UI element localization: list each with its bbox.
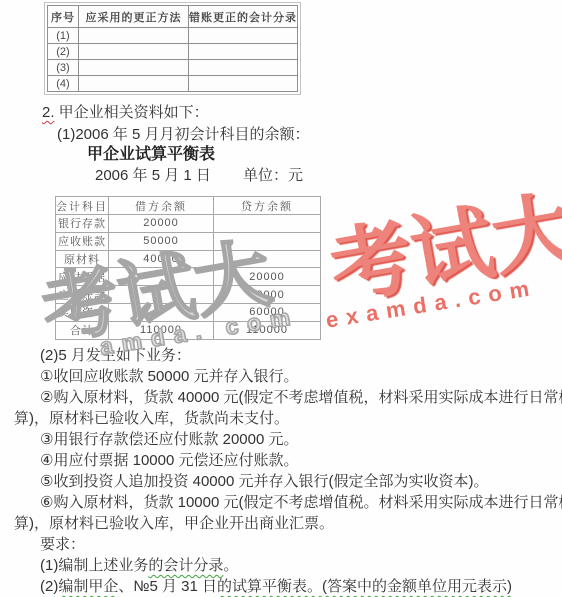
text-line: ⑥购入原材料，货款 10000 元(假定不考虑增值税。材料采用实际成本进行日常核 — [14, 492, 562, 513]
trial-balance-row: 应付账款30000 — [56, 286, 321, 304]
trial-balance-cell: 实收资本 — [56, 303, 109, 321]
item-text: 甲企业相关资料如下： — [55, 104, 209, 121]
correction-table-body: (1)(2)(3)(4) — [48, 28, 298, 92]
text-segment: (2)5 月发生如下业务： — [40, 347, 191, 364]
trial-balance-cell — [214, 215, 321, 233]
trial-balance-row: 应付票据20000 — [56, 268, 321, 286]
text-segment: ③用银行存款偿还应付账款 20000 元。 — [40, 431, 299, 448]
trial-balance-cell — [109, 286, 214, 304]
text-segment: ②购入原材料，货款 40000 元(假定不考虑增值税，材料采用实际成本进行日常核 — [40, 389, 562, 406]
text-line: ④用应付票据 10000 元偿还应付账款。 — [14, 450, 562, 471]
trial-balance-cell: 原材料 — [56, 250, 109, 268]
correction-table-cell — [79, 60, 189, 76]
trial-balance-header-cell: 借方余额 — [109, 197, 214, 215]
correction-table-header-row: 序号应采用的更正方法错账更正的会计分录 — [48, 6, 298, 28]
correction-table-cell — [189, 76, 298, 92]
trial-balance-cell: 40000 — [109, 250, 214, 268]
text-segment: 要求： — [40, 536, 85, 553]
trial-balance-row: 实收资本60000 — [56, 303, 321, 321]
trial-balance-cell: 合计 — [56, 321, 109, 339]
text-segment: ⑤收到投资人追加投资 40000 元并存入银行(假定全部为实收资本)。 — [40, 473, 489, 490]
text-segment: ⑥购入原材料，货款 10000 元(假定不考虑增值税。材料采用实际成本进行日常核 — [40, 494, 562, 511]
text-line: ③用银行存款偿还应付账款 20000 元。 — [14, 429, 562, 450]
trial-balance-cell: 110000 — [109, 321, 214, 339]
trial-balance-cell: 银行存款 — [56, 215, 109, 233]
text-line: 要求： — [14, 534, 562, 555]
correction-table-row: (1) — [48, 28, 298, 44]
correction-table-cell — [189, 28, 298, 44]
correction-table: 序号应采用的更正方法错账更正的会计分录 (1)(2)(3)(4) — [47, 5, 298, 92]
correction-table-cell: (2) — [48, 44, 79, 60]
correction-table-header-cell: 应采用的更正方法 — [79, 6, 189, 28]
correction-table-cell: (3) — [48, 60, 79, 76]
text-segment: 。 — [223, 557, 238, 574]
text-line: (2)5 月发生如下业务： — [14, 345, 562, 366]
watermark-red-logo: 考试大 — [320, 163, 562, 321]
text-line: (2)编制甲企、№5 月 31 日的试算平衡表。(答案中的金额单位用元表示) — [14, 576, 562, 597]
trial-balance-cell: 应付账款 — [56, 286, 109, 304]
text-segment: ④用应付票据 10000 元偿还应付账款。 — [40, 452, 299, 469]
correction-table-cell: (1) — [48, 28, 79, 44]
trial-balance-cell — [214, 232, 321, 250]
spellcheck-underlined-text: 的试算平衡表。(答案中的金额单位用元表示) — [217, 578, 512, 595]
correction-table-row: (4) — [48, 76, 298, 92]
trial-balance-title: 甲企业试算平衡表 — [87, 141, 215, 164]
text-line: ①收回应收账款 50000 元并存入银行。 — [14, 366, 562, 387]
trial-balance-body: 银行存款20000应收账款50000原材料40000应付票据20000应付账款3… — [56, 215, 321, 340]
trial-balance-row: 合计110000110000 — [56, 321, 321, 339]
text-line: 算)，原材料已验收入库，货款尚未支付。 — [14, 408, 562, 429]
scanned-exam-page: 序号应采用的更正方法错账更正的会计分录 (1)(2)(3)(4) 2. 甲企业相… — [0, 0, 562, 597]
text-line: (1)编制上述业务的会计分录。 — [14, 555, 562, 576]
correction-table-header-cell: 序号 — [48, 6, 79, 28]
text-segment: (1)编制上述业务 — [40, 557, 148, 574]
text-segment: 算)，原材料已验收入库，甲企业开出商业汇票。 — [14, 515, 334, 532]
trial-balance-header-cell: 会计科目 — [56, 197, 109, 215]
trial-balance-header-cell: 贷方余额 — [214, 197, 321, 215]
trial-balance-date: 2006 年 5 月 1 日 — [95, 164, 211, 185]
spellcheck-underlined-text: 编制甲企 — [58, 578, 118, 595]
trial-balance-cell: 30000 — [214, 286, 321, 304]
correction-table-row: (2) — [48, 44, 298, 60]
trial-balance-cell — [109, 303, 214, 321]
correction-table-header-cell: 错账更正的会计分录 — [189, 6, 298, 28]
correction-table-row: (3) — [48, 60, 298, 76]
text-line: 算)，原材料已验收入库，甲企业开出商业汇票。 — [14, 513, 562, 534]
correction-table-cell — [79, 76, 189, 92]
correction-table-cell — [79, 28, 189, 44]
trial-balance-cell: 20000 — [109, 215, 214, 233]
trial-balance-row: 银行存款20000 — [56, 215, 321, 233]
correction-table-cell — [189, 44, 298, 60]
correction-table-container: 序号应采用的更正方法错账更正的会计分录 (1)(2)(3)(4) — [47, 5, 298, 92]
item-number: 2. — [42, 104, 55, 121]
spellcheck-underlined-text: 的会计分录 — [148, 557, 223, 574]
trial-balance-cell — [214, 250, 321, 268]
trial-balance-cell: 110000 — [214, 321, 321, 339]
watermark-red-url: examda.com — [324, 275, 539, 334]
trial-balance-table: 会计科目借方余额贷方余额 银行存款20000应收账款50000原材料40000应… — [55, 196, 321, 340]
text-line: ⑤收到投资人追加投资 40000 元并存入银行(假定全部为实收资本)。 — [14, 471, 562, 492]
trial-balance-container: 会计科目借方余额贷方余额 银行存款20000应收账款50000原材料40000应… — [55, 196, 321, 340]
correction-table-cell — [189, 60, 298, 76]
trial-balance-row: 原材料40000 — [56, 250, 321, 268]
correction-table-cell — [79, 44, 189, 60]
text-segment: 算)，原材料已验收入库，货款尚未支付。 — [14, 410, 289, 427]
trial-balance-cell: 20000 — [214, 268, 321, 286]
trial-balance-row: 应收账款50000 — [56, 232, 321, 250]
correction-table-cell: (4) — [48, 76, 79, 92]
trial-balance-cell: 应付票据 — [56, 268, 109, 286]
trial-balance-unit: 单位：元 — [243, 164, 303, 185]
text-segment: 、№5 月 31 日 — [118, 578, 217, 595]
trial-balance-header-row: 会计科目借方余额贷方余额 — [56, 197, 321, 215]
business-transactions-text: (2)5 月发生如下业务：①收回应收账款 50000 元并存入银行。②购入原材料… — [14, 345, 562, 597]
text-segment: (2) — [40, 578, 58, 595]
section-2-heading: 2. 甲企业相关资料如下： — [42, 101, 209, 122]
text-line: ②购入原材料，货款 40000 元(假定不考虑增值税，材料采用实际成本进行日常核 — [14, 387, 562, 408]
trial-balance-cell: 应收账款 — [56, 232, 109, 250]
trial-balance-cell: 50000 — [109, 232, 214, 250]
trial-balance-cell — [109, 268, 214, 286]
trial-balance-cell: 60000 — [214, 303, 321, 321]
text-segment: ①收回应收账款 50000 元并存入银行。 — [40, 368, 299, 385]
